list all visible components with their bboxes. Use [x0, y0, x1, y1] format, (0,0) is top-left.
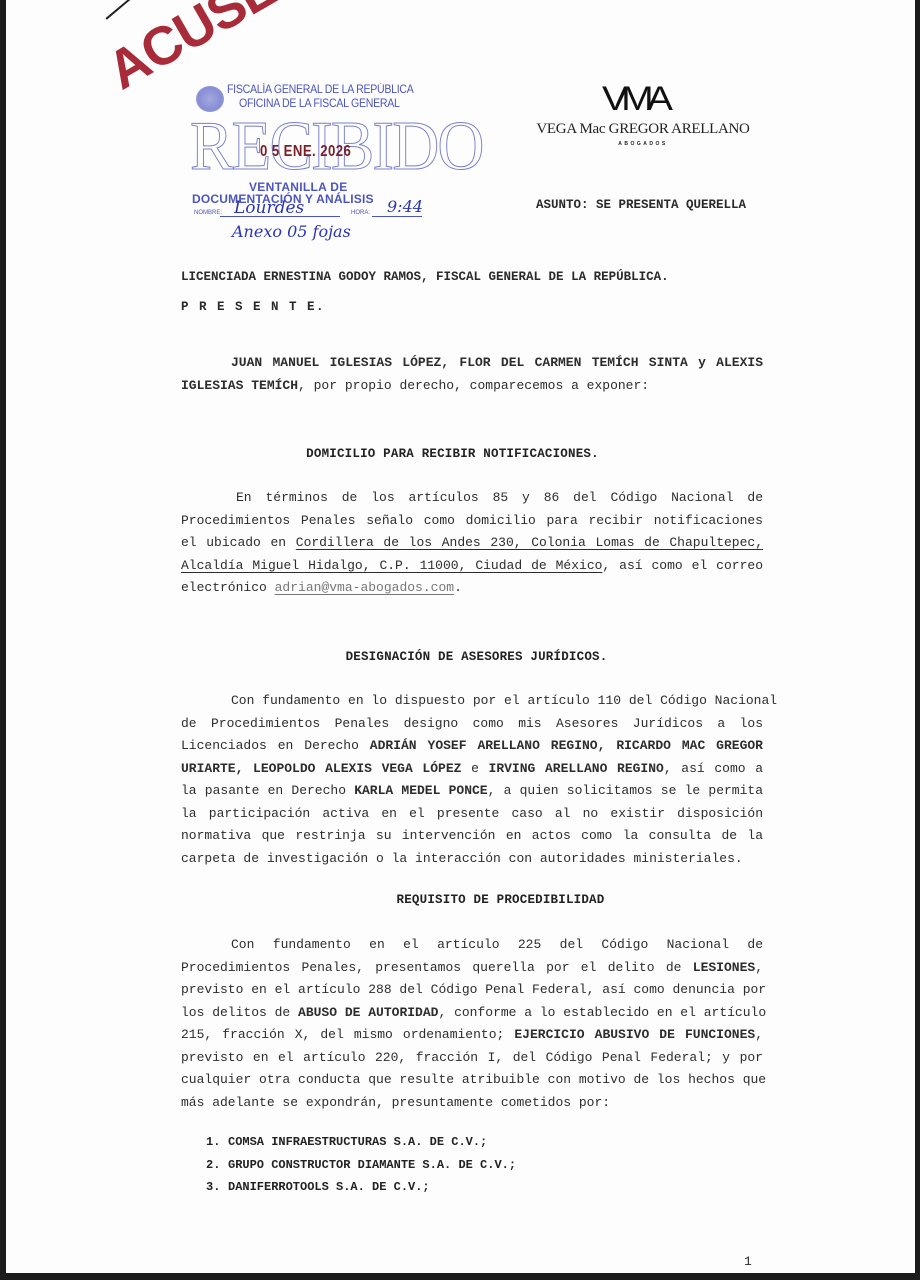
- stamp-agency-line1: FISCALÍA GENERAL DE LA REPÚBLICA: [227, 84, 414, 96]
- stamp-name-label: NOMBRE:: [194, 210, 222, 216]
- stamp-hour-value: 9:44: [387, 197, 423, 216]
- firm-logo-monogram: VMA: [602, 80, 666, 119]
- petitioners-names: JUAN MANUEL IGLESIAS LÓPEZ, FLOR DEL CAR…: [231, 355, 763, 370]
- stamp-hour-line: [372, 216, 422, 217]
- annex-note: Anexo 05 fojas: [232, 222, 351, 241]
- stamp-date: 0 5 ENE. 2026: [260, 143, 351, 161]
- presente: P R E S E N T E.: [181, 300, 325, 314]
- section-heading-domicilio: DOMICILIO PARA RECIBIR NOTIFICACIONES.: [6, 447, 907, 461]
- stamp-hour-label: HORA:: [351, 210, 370, 216]
- addressee: LICENCIADA ERNESTINA GODOY RAMOS, FISCAL…: [181, 270, 669, 284]
- section-heading-asesores: DESIGNACIÓN DE ASESORES JURÍDICOS.: [22, 650, 915, 664]
- list-item: 2.GRUPO CONSTRUCTOR DIAMANTE S.A. DE C.V…: [206, 1154, 516, 1177]
- list-item: 1.COMSA INFRAESTRUCTURAS S.A. DE C.V.;: [206, 1131, 516, 1154]
- email-link[interactable]: adrian@vma-abogados.com: [275, 580, 454, 595]
- asesores-paragraph: Con fundamento en lo dispuesto por el ar…: [181, 690, 763, 870]
- page-number: 1: [744, 1254, 752, 1269]
- subject-line: ASUNTO: SE PRESENTA QUERELLA: [536, 198, 746, 212]
- section-heading-requisito: REQUISITO DE PROCEDIBILIDAD: [46, 893, 915, 907]
- pen-mark: [106, 0, 138, 19]
- list-item: 3.DANIFERROTOOLS S.A. DE C.V.;: [206, 1176, 516, 1199]
- domicilio-paragraph: En términos de los artículos 85 y 86 del…: [181, 487, 763, 600]
- firm-subtitle: ABOGADOS: [518, 141, 768, 147]
- firm-name: VEGA Mac GREGOR ARELLANO: [518, 121, 768, 138]
- accused-list: 1.COMSA INFRAESTRUCTURAS S.A. DE C.V.; 2…: [206, 1131, 516, 1199]
- intro-paragraph: JUAN MANUEL IGLESIAS LÓPEZ, FLOR DEL CAR…: [181, 352, 763, 397]
- address-text: Cordillera de los Andes 230, Colonia Lom…: [296, 535, 763, 550]
- requisito-paragraph: Con fundamento en el artículo 225 del Có…: [181, 934, 763, 1114]
- document-page: ACUSE FISCALÍA GENERAL DE LA REPÚBLICA O…: [6, 0, 915, 1273]
- stamp-name-value: Lourdes: [234, 198, 304, 218]
